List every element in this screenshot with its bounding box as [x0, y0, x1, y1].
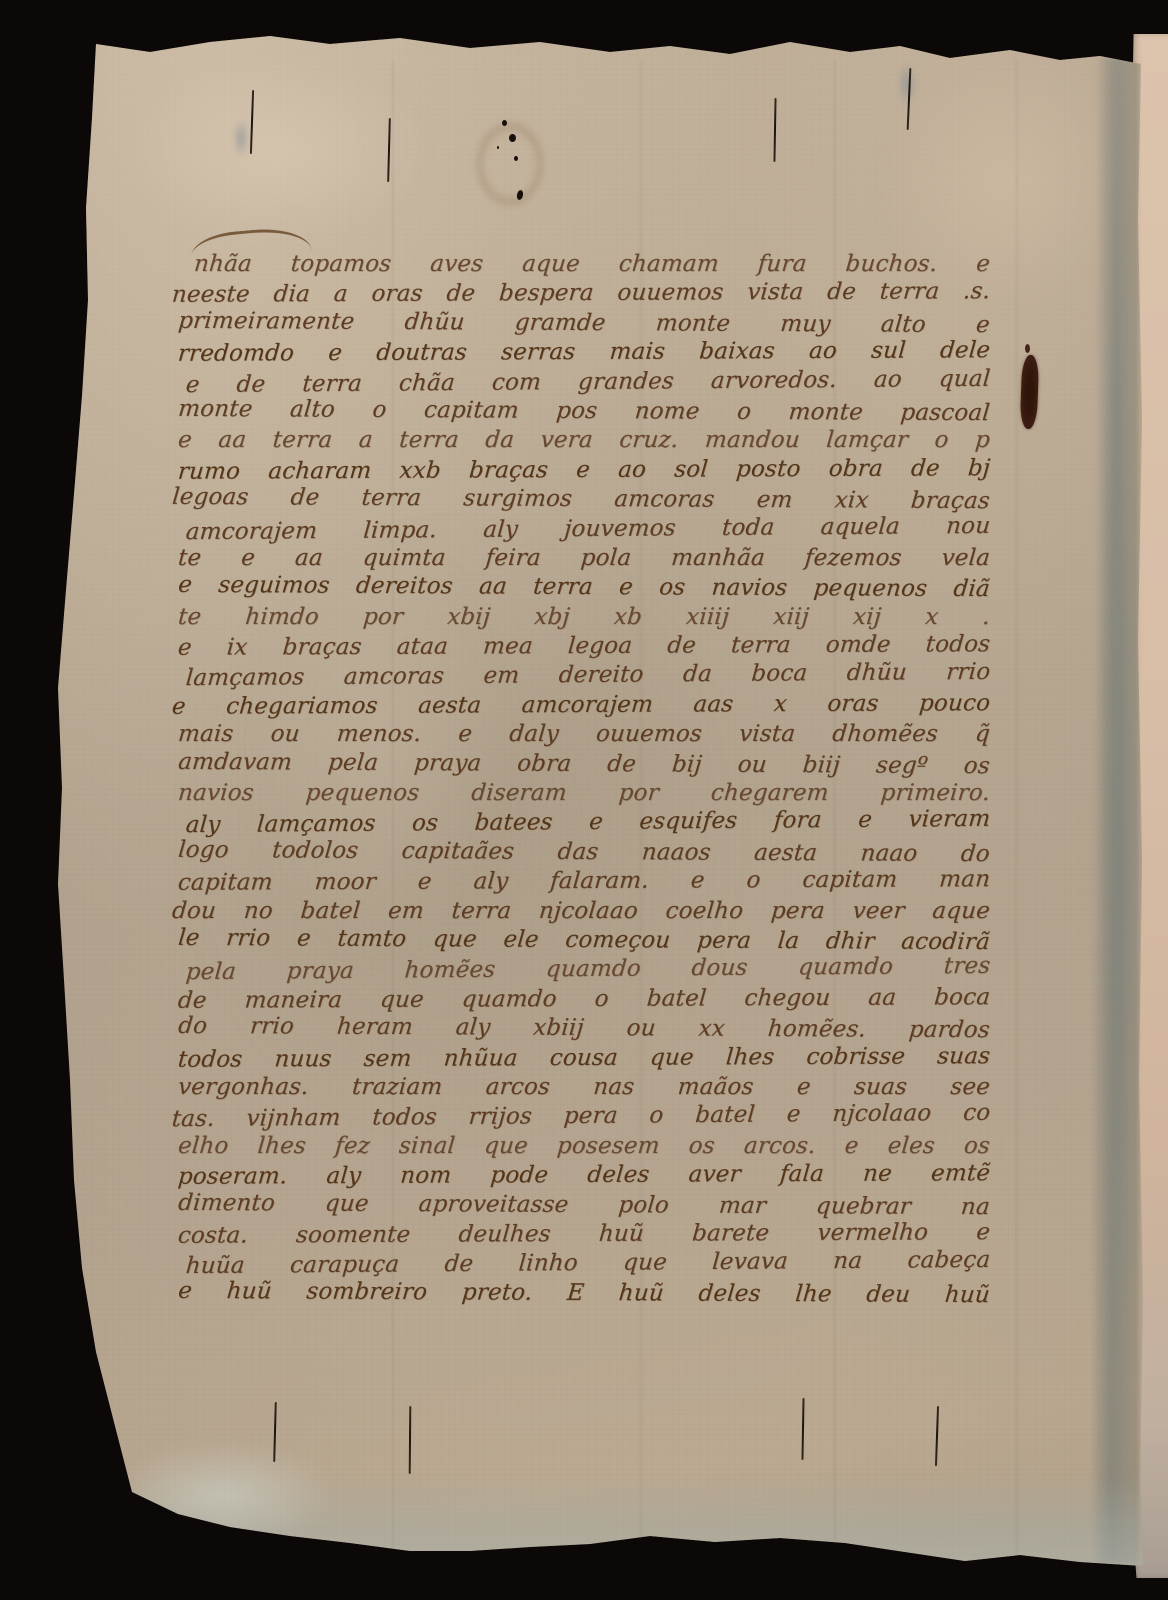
manuscript-line: vergonhas. traziam arcos nas maãos e sua…	[177, 1073, 992, 1102]
manuscript-line: capitam moor e aly falaram. e o capitam …	[177, 865, 992, 898]
paper-stain-bottom-left	[108, 1440, 338, 1550]
manuscript-line: e seguimos dereitos aa terra e os navios…	[177, 571, 991, 605]
ink-stain-ring	[468, 112, 552, 216]
manuscript-line: mais ou menos. e daly ouuemos vista dhom…	[177, 720, 992, 749]
manuscript-line: te himdo por xbij xbj xb xiiij xiij xij …	[177, 603, 992, 632]
ink-speck	[502, 120, 507, 126]
ink-speck	[514, 156, 518, 161]
slit-mark-top	[773, 98, 776, 162]
manuscript-line: lamçamos amcoras em dereito da boca dhũu…	[185, 658, 992, 694]
ink-speck	[509, 134, 516, 142]
manuscript-line: amdavam pela praya obra de bij ou biij s…	[177, 748, 991, 782]
manuscript-line: huũa carapuça de linho que levava na cab…	[185, 1246, 992, 1282]
paper-crease	[1016, 60, 1018, 1555]
manuscript-line: rumo acharam xxb braças e ao sol posto o…	[177, 454, 992, 487]
manuscript-line: nhãa topamos aves aque chamam fura bucho…	[193, 250, 992, 279]
manuscript-line: amcorajem limpa. aly jouvemos toda aquel…	[185, 511, 992, 547]
slit-mark-bottom	[409, 1406, 412, 1474]
manuscript-line: tas. vijnham todos rrijos pera o batel e…	[171, 1099, 992, 1135]
manuscript-page: nhãa topamos aves aque chamam fura bucho…	[0, 0, 1168, 1600]
manuscript-text: nhãa topamos aves aque chamam fura bucho…	[178, 250, 990, 1308]
manuscript-line: pela praya homẽes quamdo dous quamdo tre…	[185, 952, 992, 988]
slit-mark-bottom	[801, 1398, 804, 1460]
scan-background: nhãa topamos aves aque chamam fura bucho…	[0, 0, 1168, 1600]
manuscript-line: e aa terra a terra da vera cruz. mandou …	[177, 426, 992, 455]
ink-blot-tail	[1025, 344, 1030, 353]
ink-blot	[1020, 355, 1040, 430]
paper-stain-right-edge	[1093, 58, 1139, 1563]
manuscript-line: do rrio heram aly xbiij ou xx homẽes. pa…	[177, 1012, 991, 1046]
manuscript-line: logo todolos capitaães das naaos aesta n…	[177, 836, 991, 870]
manuscript-line: dou no batel em terra njcolaao coelho pe…	[171, 897, 992, 926]
manuscript-line: e huũ sombreiro preto. E huũ deles lhe d…	[177, 1277, 991, 1311]
ink-speck	[497, 146, 499, 149]
manuscript-line: poseram. aly nom pode deles aver fala ne…	[177, 1159, 992, 1192]
gray-smudge	[232, 118, 250, 158]
manuscript-line: todos nuus sem nhũua cousa que lhes cobr…	[177, 1042, 992, 1075]
manuscript-line: legoas de terra surgimos amcoras em xix …	[171, 483, 991, 517]
manuscript-line: rredomdo e doutras serras mais baixas ao…	[177, 336, 992, 369]
manuscript-line: e chegariamos aesta amcorajem aas x oras…	[171, 689, 992, 722]
manuscript-line: primeiramente dhũu gramde monte muy alto…	[177, 307, 991, 341]
manuscript-line: neeste dia a oras de bespera ouuemos vis…	[171, 278, 992, 311]
manuscript-line: te e aa quimta feira pola manhãa fezemos…	[177, 544, 992, 573]
manuscript-line: elho lhes fez sinal que posesem os arcos…	[177, 1132, 992, 1161]
manuscript-line: monte alto o capitam pos nome o monte pa…	[177, 395, 991, 429]
manuscript-line: de maneira que quamdo o batel chegou aa …	[177, 983, 992, 1016]
manuscript-line: dimento que aproveitasse polo mar quebra…	[177, 1188, 991, 1222]
manuscript-line: navios pequenos diseram por chegarem pri…	[177, 779, 992, 808]
slit-mark-bottom	[935, 1406, 939, 1466]
